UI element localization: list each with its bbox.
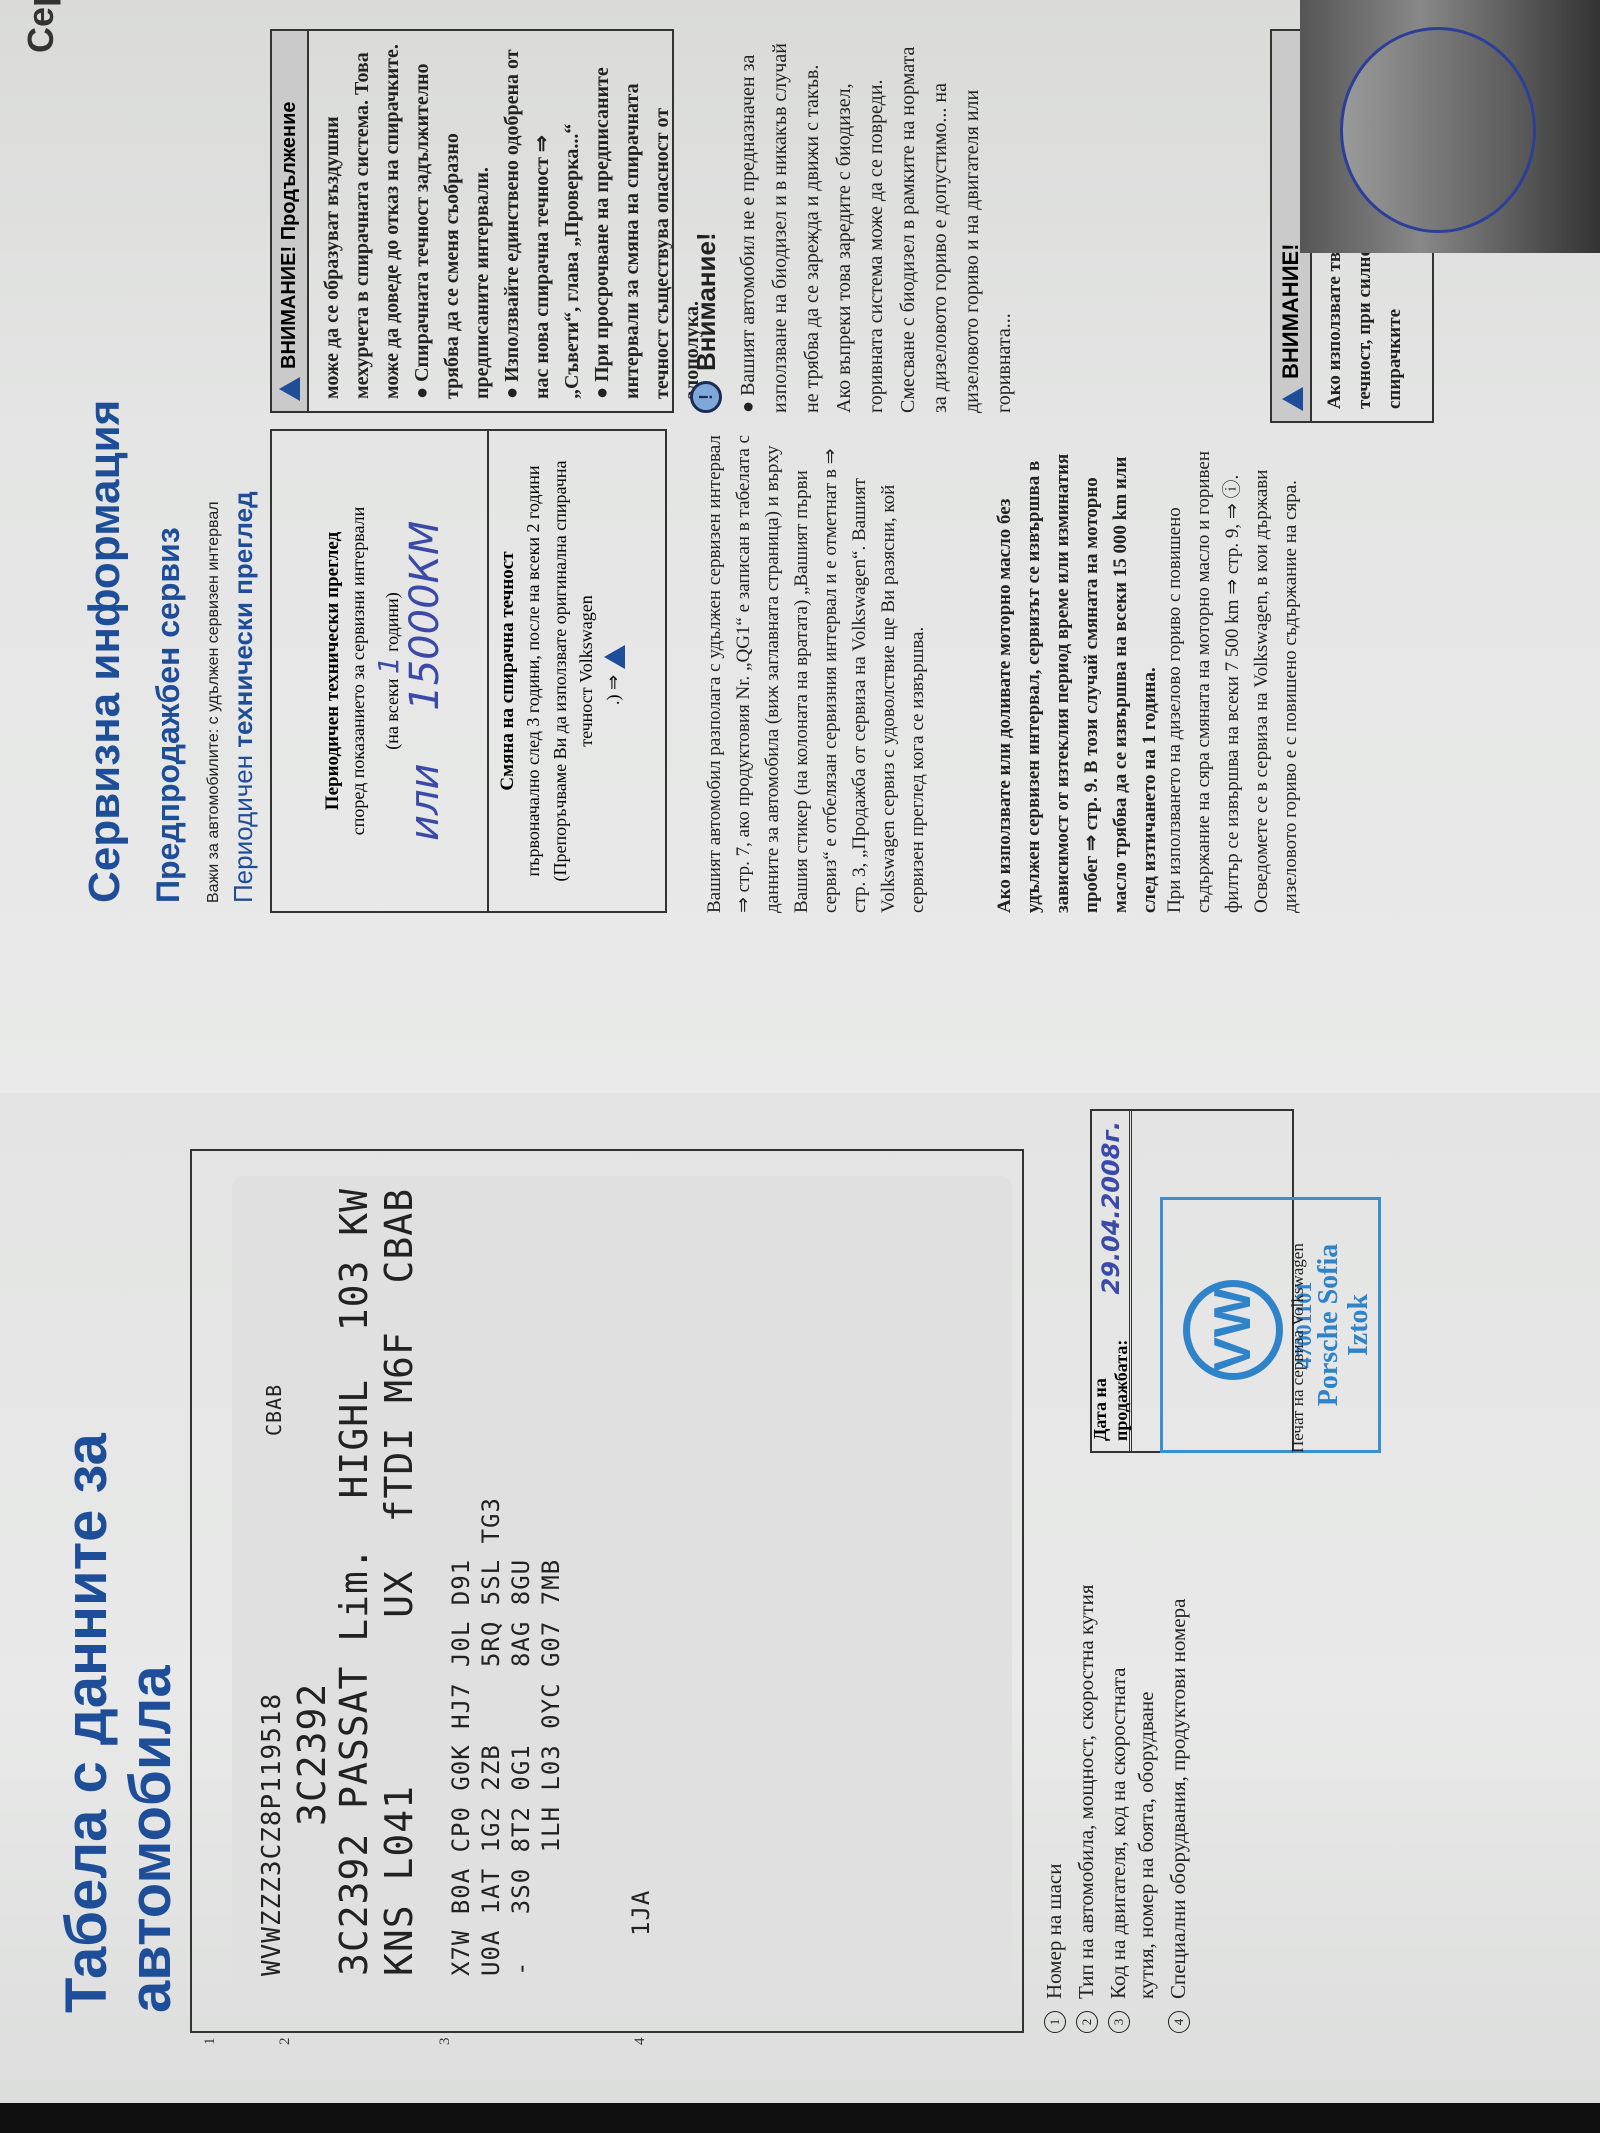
- dealer-stamp: VW 47001101 Porsche Sofia Iztok: [1160, 1197, 1381, 1453]
- inspection-interval-box: Периодичен технически преглед според пок…: [270, 429, 489, 913]
- vehicle-data-table: 1 2 3 4 WVWZZZ3CZ8P119518 CBAB 3C2392 3C…: [190, 1149, 1024, 2033]
- attention-section: ! Внимание! ● Вашият автомобил не е пред…: [690, 33, 1020, 413]
- body-paragraph: Вашият автомобил разполага с удължен сер…: [700, 433, 932, 913]
- row-number: 3: [437, 2038, 454, 2046]
- magnifier-inset: [1340, 27, 1536, 233]
- cut-off-heading: Сервиз...: [20, 0, 62, 53]
- handwritten-km: 15000КМ: [402, 521, 448, 711]
- row-number: 4: [632, 2038, 649, 2046]
- section-heading: Периодичен технически преглед: [228, 491, 259, 903]
- warning-bullet: ● При просрочване на предписаните интерв…: [587, 43, 707, 399]
- options-row: 1LH L03 0YC G07 7MB: [537, 1559, 565, 1976]
- sale-date-value: 29.04.2008г.: [1097, 1121, 1125, 1294]
- body-paragraph: Ако използвате или доливате моторно масл…: [990, 433, 1164, 913]
- warning-triangle-icon: [1282, 387, 1303, 411]
- vin: WVWZZZ3CZ8P119518: [257, 1693, 287, 1976]
- handwritten-or: или: [402, 763, 448, 841]
- row-number: 2: [277, 2038, 294, 2046]
- paint-code: 1JA: [627, 1890, 655, 1936]
- car-door-illustration: [1300, 0, 1600, 253]
- stamp-caption: Печат на сервиза Volkswagen: [1288, 1243, 1308, 1453]
- section-subtitle: Предпродажбен сервиз: [150, 527, 187, 903]
- legend-item: 3Код на двигателя, код на скоростната ку…: [1104, 1613, 1160, 2033]
- body-paragraph: При използването на дизелово гориво с по…: [1160, 433, 1305, 913]
- model-line: 3C2392 PASSAT Lim. HIGHL 103 KW: [332, 1188, 376, 1976]
- vehicle-data-sticker: WVWZZZ3CZ8P119518 CBAB 3C2392 3C2392 PAS…: [232, 1176, 1012, 1996]
- stamp-line2: Iztok: [1343, 1200, 1375, 1450]
- options-row: U0A 1AT 1G2 2ZB 5RQ 5SL TG3: [477, 1497, 505, 1976]
- page-title: Табела с данните за автомобила: [55, 1253, 183, 2013]
- model-code: 3C2392: [290, 1683, 334, 1826]
- booklet-photo: Табела с данните за автомобила 1 2 3 4 W…: [0, 0, 1600, 2133]
- warning-triangle-icon: [604, 645, 625, 669]
- warning-triangle-icon: [279, 377, 300, 401]
- vw-logo-icon: VW: [1183, 1280, 1283, 1380]
- options-row: X7W B0A CP0 G0K HJ7 J0L D91: [447, 1559, 475, 1976]
- applies-note: Важи за автомобилите: с удължен сервизен…: [205, 501, 223, 903]
- sale-date-label: Дата на продажбата:: [1090, 1304, 1132, 1441]
- row-number: 1: [202, 2038, 219, 2046]
- legend-item: 1Номер на шаси: [1040, 1153, 1068, 2033]
- brake-fluid-box: Смяна на спирачна течност първоначално с…: [485, 429, 667, 913]
- engine-line: KNS L041 UX fTDI M6F CBAB: [377, 1188, 421, 1976]
- handwritten-years: 1: [372, 656, 405, 674]
- options-row: - 3S0 8T2 0G1 8AG 8GU: [507, 1559, 535, 1976]
- info-icon: !: [690, 381, 722, 413]
- stamp-line1: Porsche Sofia: [1313, 1200, 1345, 1450]
- warning-continued-box: ВНИМАНИЕ! Продължение може да се образув…: [270, 29, 674, 413]
- code-right: CBAB: [262, 1384, 286, 1436]
- warning-bullet: ● Спирачната течност задължително трябва…: [407, 43, 497, 399]
- section-title: Сервизна информация: [80, 400, 130, 903]
- warning-bullet: ● Използвайте единствено одобрена от нас…: [497, 43, 587, 399]
